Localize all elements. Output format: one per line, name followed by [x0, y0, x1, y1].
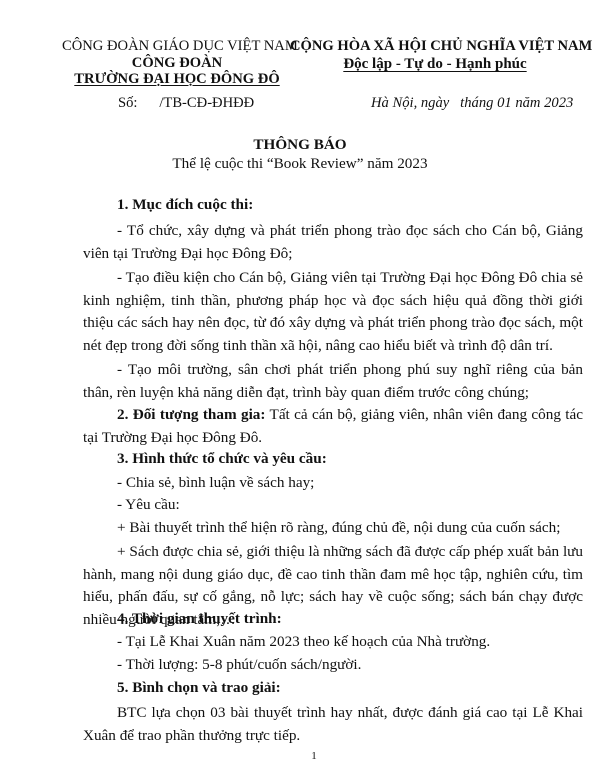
- document-subtitle: Thể lệ cuộc thi “Book Review” năm 2023: [0, 155, 600, 173]
- section-1-paragraph-3: - Tạo môi trường, sân chơi phát triển ph…: [83, 359, 583, 404]
- section-1-paragraph-2: - Tạo điều kiện cho Cán bộ, Giảng viên t…: [83, 267, 583, 357]
- section-1-heading: 1. Mục đích cuộc thi:: [117, 196, 253, 214]
- union-name: CÔNG ĐOÀN GIÁO DỤC VIỆT NAM: [62, 38, 292, 55]
- university-name: TRƯỜNG ĐẠI HỌC ĐÔNG ĐÔ: [62, 71, 292, 88]
- section-5-paragraph: BTC lựa chọn 03 bài thuyết trình hay nhấ…: [83, 702, 583, 747]
- section-3-heading: 3. Hình thức tổ chức và yêu cầu:: [117, 450, 327, 468]
- section-3-item-3: + Bài thuyết trình thể hiện rõ ràng, đún…: [117, 519, 560, 537]
- page-number: 1: [0, 750, 600, 762]
- section-1-paragraph-1: - Tổ chức, xây dựng và phát triển phong …: [83, 220, 583, 265]
- section-5-heading: 5. Bình chọn và trao giải:: [117, 679, 281, 697]
- document-title: THÔNG BÁO: [0, 136, 600, 154]
- document-number: Số: /TB-CĐ-ĐHĐĐ: [118, 95, 254, 112]
- header-right: CỘNG HÒA XÃ HỘI CHỦ NGHĨA VIỆT NAM Độc l…: [290, 38, 580, 73]
- section-2-heading: 2. Đối tượng tham gia:: [117, 406, 265, 423]
- national-motto: Độc lập - Tự do - Hạnh phúc: [290, 55, 580, 73]
- section-2-paragraph: 2. Đối tượng tham gia: Tất cả cán bộ, gi…: [83, 404, 583, 449]
- section-4-item-2: - Thời lượng: 5-8 phút/cuốn sách/người.: [117, 656, 361, 674]
- national-title: CỘNG HÒA XÃ HỘI CHỦ NGHĨA VIỆT NAM: [290, 38, 580, 55]
- section-4-item-1: - Tại Lễ Khai Xuân năm 2023 theo kế hoạc…: [117, 633, 490, 651]
- union-subtitle: CÔNG ĐOÀN: [62, 55, 292, 71]
- section-3-item-1: - Chia sẻ, bình luận về sách hay;: [117, 474, 314, 492]
- section-4-heading: 4. Thời gian thuyết trình:: [117, 610, 282, 628]
- place-date: Hà Nội, ngày tháng 01 năm 2023: [371, 95, 573, 112]
- header-left: CÔNG ĐOÀN GIÁO DỤC VIỆT NAM CÔNG ĐOÀN TR…: [62, 38, 292, 88]
- section-3-item-2: - Yêu cầu:: [117, 496, 180, 514]
